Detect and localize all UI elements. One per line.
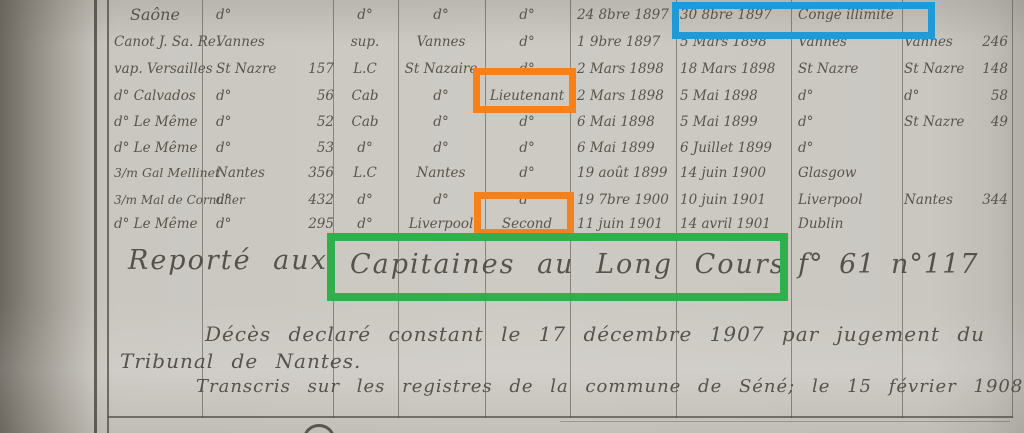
registry-port: d° — [216, 109, 231, 135]
registry-cell: Nantes356 — [208, 160, 342, 186]
embark-date: 19 août 1899 — [574, 160, 677, 186]
port-cell: d° — [400, 187, 482, 213]
ship-name: 3/m Gal Mellinet — [112, 160, 206, 186]
rank-cell: d° — [487, 2, 567, 28]
registry-port: Vannes — [216, 29, 265, 55]
registry-cell: d°56 — [208, 83, 342, 109]
embark-date: 2 Mars 1898 — [574, 83, 677, 109]
ship-name: d° Le Même — [112, 135, 206, 161]
navigation-type: L.C — [336, 160, 394, 186]
register-page-scan: Saône d° d° d° d° 24 8bre 1897 30 8bre 1… — [0, 0, 1024, 433]
port-cell: d° — [400, 109, 482, 135]
place-number-cell: Nantes344 — [904, 187, 1012, 213]
registry-cell: d°432 — [208, 187, 342, 213]
navigation-type: Cab — [336, 109, 394, 135]
death-note-line1: Décès declaré constant le 17 décembre 19… — [205, 322, 985, 346]
rank-cell: d° — [487, 29, 567, 55]
registry-cell: Vannes — [208, 29, 342, 55]
place-number: 344 — [982, 187, 1008, 213]
embark-date: 1 9bre 1897 — [574, 29, 677, 55]
port-cell: d° — [400, 2, 482, 28]
transcription-note: Transcris sur les registres de la commun… — [196, 376, 1024, 397]
observation-cell: Glasgow — [795, 160, 902, 186]
rank-cell: d° — [487, 160, 567, 186]
place: d° — [904, 83, 919, 109]
table-row: d° Le Même d°53 d° d° d° 6 Mai 1899 6 Ju… — [0, 135, 1024, 161]
observation-cell: d° — [795, 135, 902, 161]
navigation-type: L.C — [336, 56, 394, 82]
orange-annotation-box-second — [474, 192, 574, 236]
disembark-date: 18 Mars 1898 — [680, 56, 788, 82]
section-divider-line — [108, 416, 1013, 418]
disembark-date: 5 Mai 1899 — [680, 109, 788, 135]
place-number-cell — [904, 135, 1012, 161]
embark-date: 19 7bre 1900 — [574, 187, 677, 213]
ship-name: d° Calvados — [112, 83, 206, 109]
registry-cell: d°52 — [208, 109, 342, 135]
disembark-date: 6 Juillet 1899 — [680, 135, 788, 161]
navigation-type: d° — [336, 187, 394, 213]
disembark-date: 10 juin 1901 — [680, 187, 788, 213]
green-annotation-box — [327, 233, 788, 301]
ship-name: d° Le Même — [112, 211, 206, 237]
place: St Nazre — [904, 109, 964, 135]
observation-cell: St Nazre — [795, 56, 902, 82]
ship-name: d° Le Même — [112, 109, 206, 135]
place-number-cell: St Nazre148 — [904, 56, 1012, 82]
blue-annotation-box — [672, 2, 935, 39]
navigation-type: Cab — [336, 83, 394, 109]
registry-number: 56 — [317, 83, 334, 109]
next-entry-mark — [303, 424, 335, 433]
registry-port: St Nazre — [216, 56, 276, 82]
registry-number: 157 — [308, 56, 334, 82]
registry-cell: St Nazre157 — [208, 56, 342, 82]
rank-cell: d° — [487, 135, 567, 161]
registry-cell: d° — [208, 2, 342, 28]
registry-cell: d°295 — [208, 211, 342, 237]
registry-number: 356 — [308, 160, 334, 186]
registry-number: 432 — [308, 187, 334, 213]
navigation-type: d° — [336, 135, 394, 161]
embark-date: 6 Mai 1899 — [574, 135, 677, 161]
registry-port: d° — [216, 2, 231, 28]
place-number: 49 — [991, 109, 1008, 135]
registry-number: 52 — [317, 109, 334, 135]
place-number: 246 — [982, 29, 1008, 55]
section-divider-line-faint — [560, 421, 1010, 422]
registry-number: 53 — [317, 135, 334, 161]
embark-date: 2 Mars 1898 — [574, 56, 677, 82]
registry-port: d° — [216, 211, 231, 237]
ship-name: Canot J. Sa. Re. — [112, 29, 206, 55]
registry-port: d° — [216, 83, 231, 109]
registry-port: Nantes — [216, 160, 265, 186]
port-cell: Vannes — [400, 29, 482, 55]
port-cell: d° — [400, 135, 482, 161]
port-cell: d° — [400, 83, 482, 109]
place-number-cell: d°58 — [904, 83, 1012, 109]
navigation-type: sup. — [336, 29, 394, 55]
observation-cell: d° — [795, 83, 902, 109]
port-cell: St Nazaire — [400, 56, 482, 82]
place-number-cell: St Nazre49 — [904, 109, 1012, 135]
place: Nantes — [904, 187, 953, 213]
disembark-date: 5 Mai 1898 — [680, 83, 788, 109]
death-note-line2: Tribunal de Nantes. — [120, 349, 361, 373]
place: St Nazre — [904, 56, 964, 82]
embark-date: 24 8bre 1897 — [574, 2, 677, 28]
observation-cell: Dublin — [795, 211, 902, 237]
registry-cell: d°53 — [208, 135, 342, 161]
ship-name: 3/m Mal de Cornulier — [112, 187, 206, 213]
port-cell: Nantes — [400, 160, 482, 186]
registry-port: d° — [216, 187, 231, 213]
ship-name: Saône — [112, 2, 222, 28]
summary-prefix: Reporté aux — [128, 245, 328, 276]
embark-date: 6 Mai 1898 — [574, 109, 677, 135]
place-number: 58 — [991, 83, 1008, 109]
place-number: 148 — [982, 56, 1008, 82]
registry-port: d° — [216, 135, 231, 161]
navigation-type: d° — [336, 2, 394, 28]
place-number-cell — [904, 160, 1012, 186]
observation-cell: Liverpool — [795, 187, 902, 213]
observation-cell: d° — [795, 109, 902, 135]
ship-name: vap. Versailles — [112, 56, 206, 82]
table-row: 3/m Gal Mellinet Nantes356 L.C Nantes d°… — [0, 160, 1024, 186]
orange-annotation-box-lieutenant — [473, 68, 576, 113]
disembark-date: 14 juin 1900 — [680, 160, 788, 186]
place-number-cell — [904, 211, 1012, 237]
summary-folio-ref: f° 61 n°117 — [798, 249, 978, 280]
